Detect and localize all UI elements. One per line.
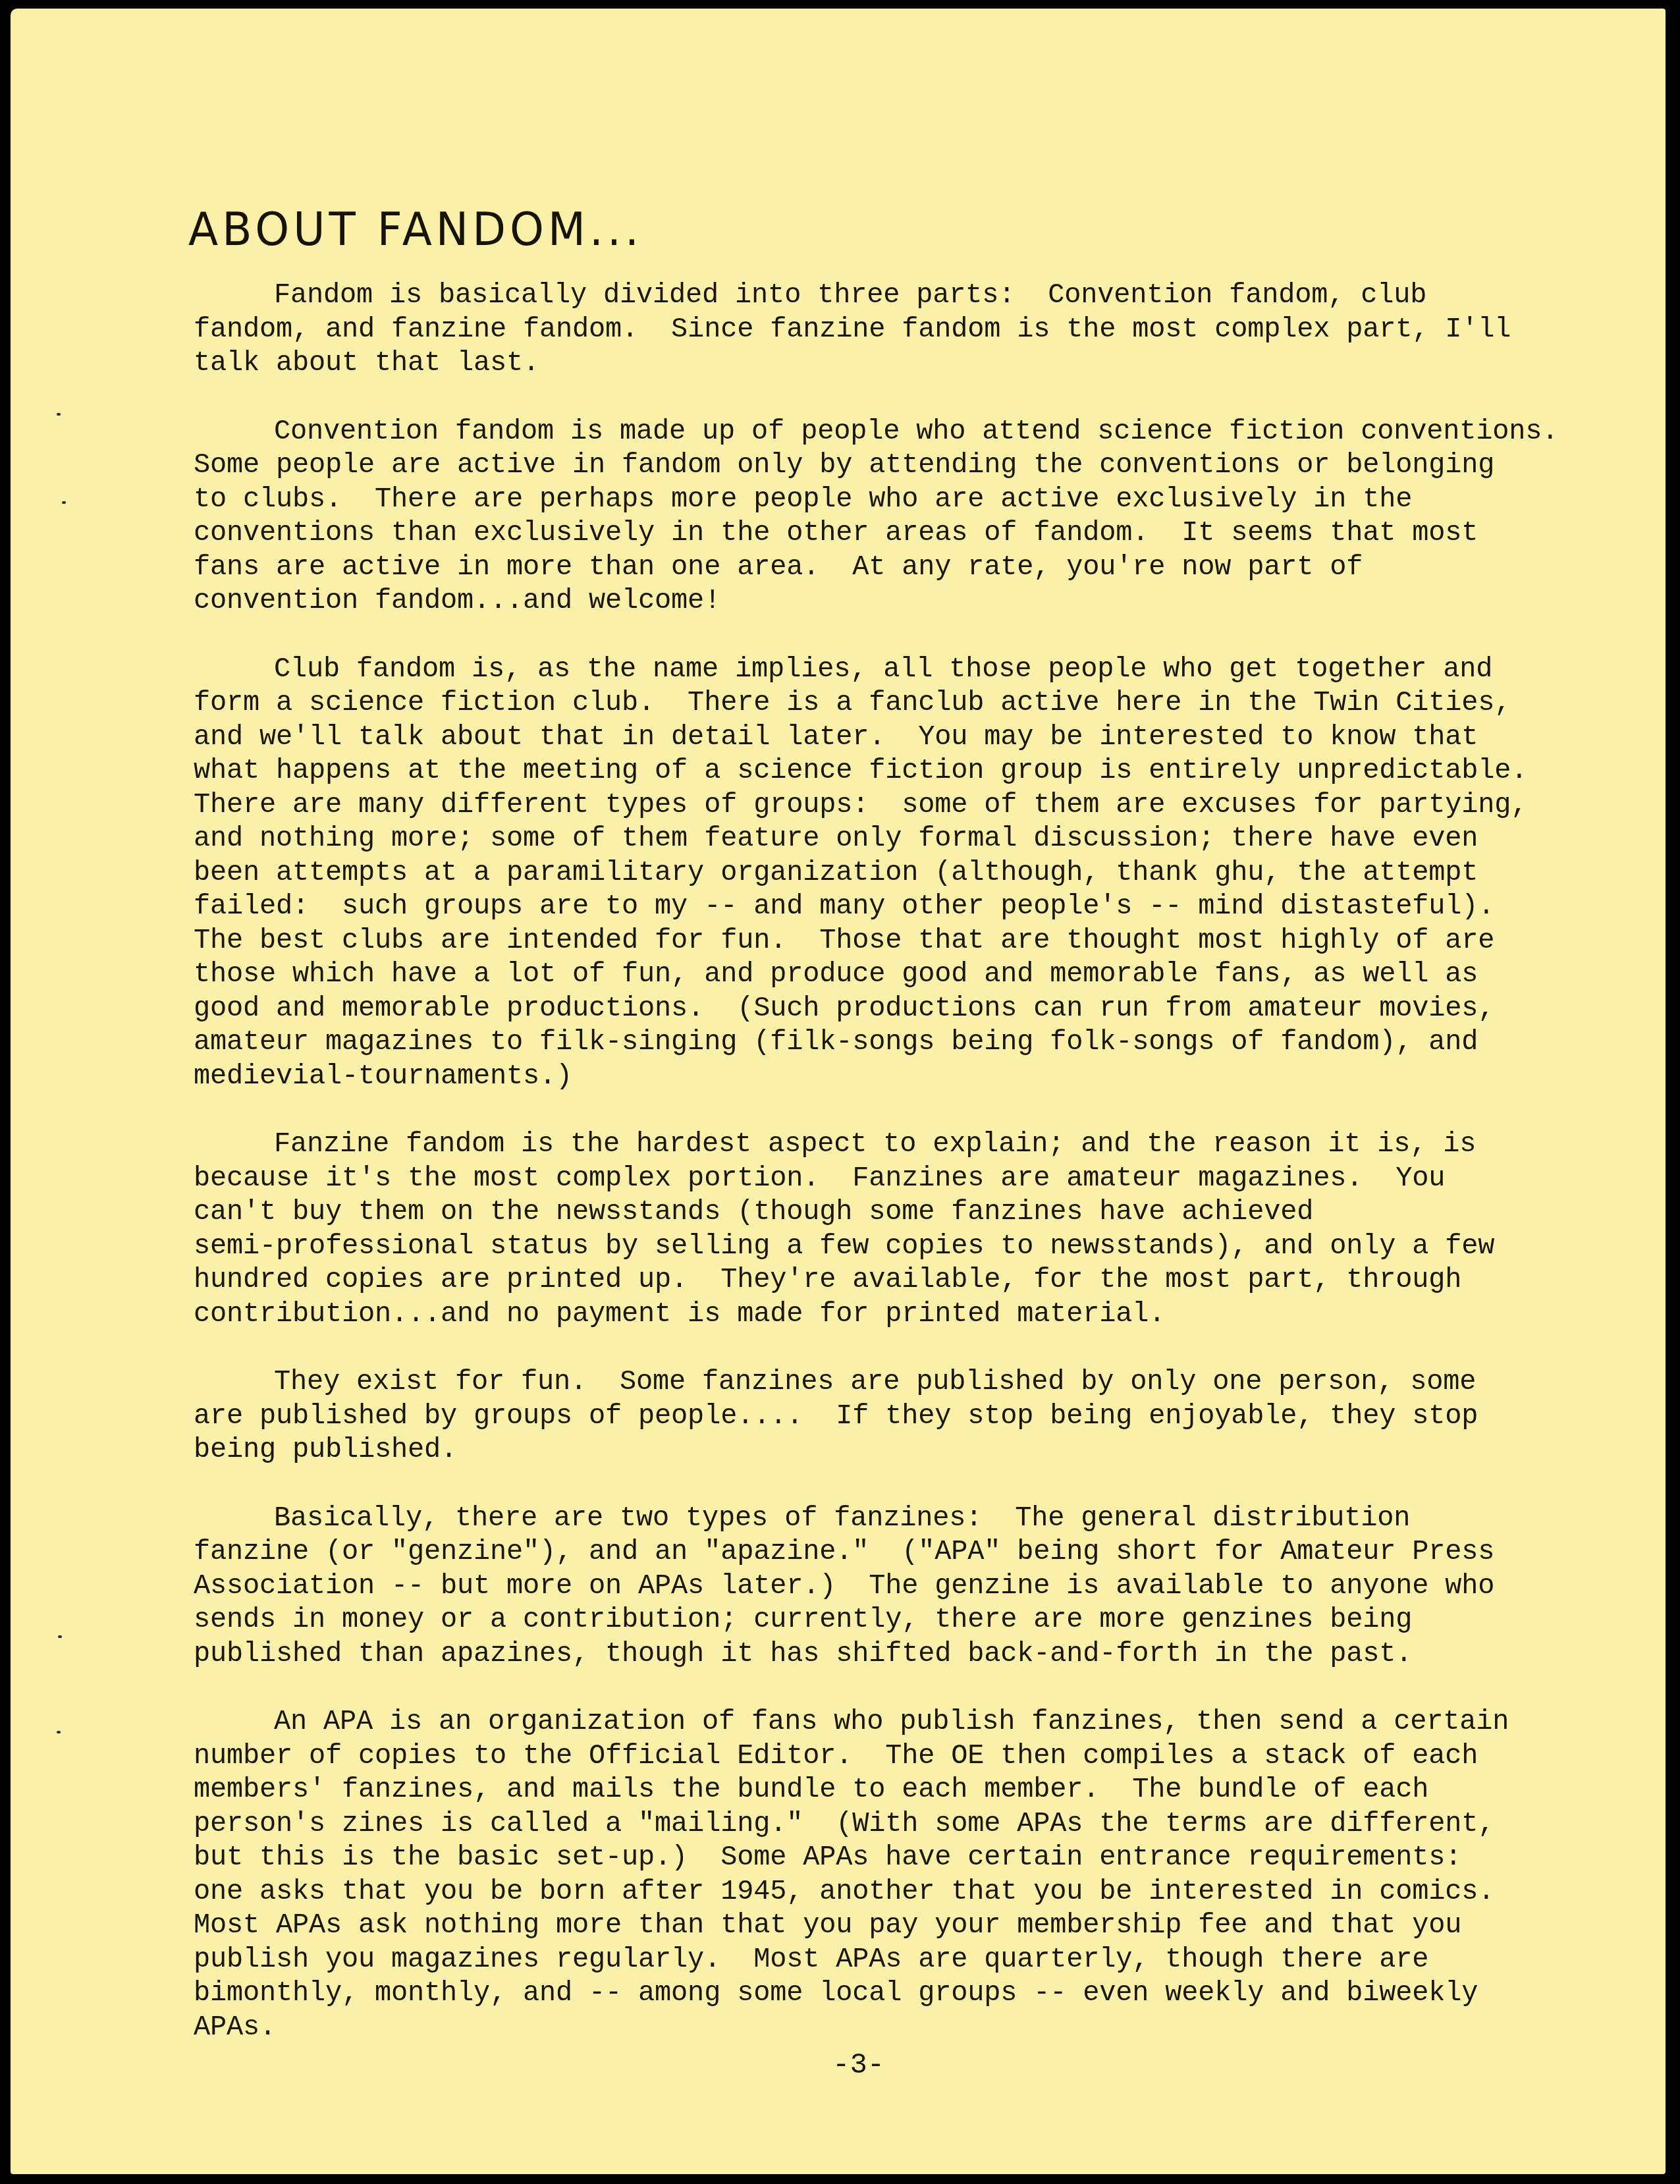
text-line: fans are active in more than one area. A… xyxy=(194,551,1603,585)
text-line: failed: such groups are to my -- and man… xyxy=(194,890,1603,924)
text-line: Club fandom is, as the name implies, all… xyxy=(194,653,1603,687)
text-line: medievial-tournaments.) xyxy=(194,1060,1603,1094)
text-line: fandom, and fanzine fandom. Since fanzin… xyxy=(194,313,1603,347)
text-line: hundred copies are printed up. They're a… xyxy=(194,1263,1603,1297)
text-line: fanzine (or "genzine"), and an "apazine.… xyxy=(194,1535,1603,1570)
text-line: The best clubs are intended for fun. Tho… xyxy=(194,924,1603,958)
text-line: because it's the most complex portion. F… xyxy=(194,1162,1603,1196)
text-line: Some people are active in fandom only by… xyxy=(194,449,1603,483)
text-line: but this is the basic set-up.) Some APAs… xyxy=(194,1841,1603,1875)
text-line: to clubs. There are perhaps more people … xyxy=(194,483,1603,517)
text-line: Basically, there are two types of fanzin… xyxy=(194,1502,1603,1536)
margin-mark xyxy=(62,501,66,504)
text-line: talk about that last. xyxy=(194,346,1603,381)
text-line: Convention fandom is made up of people w… xyxy=(194,415,1603,449)
text-line: being published. xyxy=(194,1433,1603,1467)
text-line: what happens at the meeting of a science… xyxy=(194,754,1603,788)
text-line: Most APAs ask nothing more than that you… xyxy=(194,1909,1603,1943)
page-number: -3- xyxy=(832,2049,884,2082)
paragraph-club-fandom: Club fandom is, as the name implies, all… xyxy=(194,653,1603,1094)
text-line: Fandom is basically divided into three p… xyxy=(194,279,1603,313)
text-line: can't buy them on the newsstands (though… xyxy=(194,1195,1603,1230)
text-line: sends in money or a contribution; curren… xyxy=(194,1603,1603,1637)
text-line: person's zines is called a "mailing." (W… xyxy=(194,1807,1603,1842)
text-line: They exist for fun. Some fanzines are pu… xyxy=(194,1365,1603,1400)
text-line: good and memorable productions. (Such pr… xyxy=(194,992,1603,1026)
margin-mark xyxy=(58,1635,62,1638)
text-line: and nothing more; some of them feature o… xyxy=(194,822,1603,856)
paragraph-convention-fandom: Convention fandom is made up of people w… xyxy=(194,415,1603,618)
document-page: ABOUT FANDOM... Fandom is basically divi… xyxy=(11,9,1666,2174)
text-line: form a science fiction club. There is a … xyxy=(194,686,1603,721)
text-line: bimonthly, monthly, and -- among some lo… xyxy=(194,1977,1603,2011)
paragraph-exist-for-fun: They exist for fun. Some fanzines are pu… xyxy=(194,1365,1603,1467)
text-line: Fanzine fandom is the hardest aspect to … xyxy=(194,1128,1603,1162)
text-line: amateur magazines to filk-singing (filk-… xyxy=(194,1025,1603,1060)
document-body: Fandom is basically divided into three p… xyxy=(194,279,1603,2079)
text-line: semi-professional status by selling a fe… xyxy=(194,1230,1603,1264)
margin-mark xyxy=(57,413,61,416)
text-line: Association -- but more on APAs later.) … xyxy=(194,1570,1603,1604)
text-line: published than apazines, though it has s… xyxy=(194,1637,1603,1672)
text-line: and we'll talk about that in detail late… xyxy=(194,721,1603,755)
text-line: conventions than exclusively in the othe… xyxy=(194,516,1603,551)
text-line: publish you magazines regularly. Most AP… xyxy=(194,1943,1603,1977)
text-line: contribution...and no payment is made fo… xyxy=(194,1297,1603,1332)
paragraph-fanzine-fandom: Fanzine fandom is the hardest aspect to … xyxy=(194,1128,1603,1331)
text-line: An APA is an organization of fans who pu… xyxy=(194,1705,1603,1739)
text-line: members' fanzines, and mails the bundle … xyxy=(194,1773,1603,1807)
text-line: one asks that you be born after 1945, an… xyxy=(194,1875,1603,1909)
text-line: convention fandom...and welcome! xyxy=(194,584,1603,618)
paragraph-apa: An APA is an organization of fans who pu… xyxy=(194,1705,1603,2044)
margin-mark xyxy=(57,1731,61,1734)
text-line: There are many different types of groups… xyxy=(194,788,1603,823)
text-line: those which have a lot of fun, and produ… xyxy=(194,958,1603,992)
text-line: APAs. xyxy=(194,2011,1603,2045)
text-line: number of copies to the Official Editor.… xyxy=(194,1739,1603,1774)
paragraph-intro: Fandom is basically divided into three p… xyxy=(194,279,1603,381)
text-line: been attempts at a paramilitary organiza… xyxy=(194,856,1603,890)
paragraph-fanzine-types: Basically, there are two types of fanzin… xyxy=(194,1502,1603,1672)
text-line: are published by groups of people.... If… xyxy=(194,1400,1603,1434)
page-title: ABOUT FANDOM... xyxy=(188,203,643,256)
